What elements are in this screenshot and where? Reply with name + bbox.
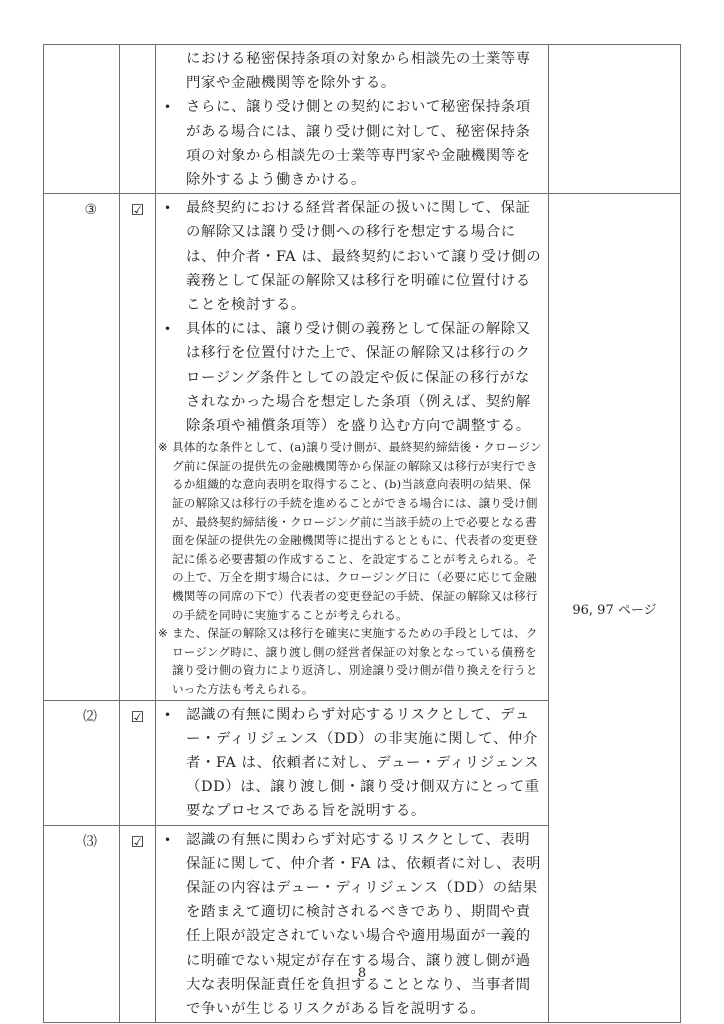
content-cell: • 認識の有無に関わらず対応するリスクとして、デュー・ディリジェンス（DD）の非… xyxy=(156,700,549,825)
content-cell: • 最終契約における経営者保証の扱いに関して、保証の解除又は譲り受け側への移行を… xyxy=(156,194,549,700)
note-mark-icon: ※ xyxy=(158,438,172,624)
checkbox-cell xyxy=(120,45,156,194)
item-number: ⑶ xyxy=(44,825,120,1023)
checkbox-checked-icon[interactable]: ☑ xyxy=(120,825,156,1023)
checkbox-checked-icon[interactable]: ☑ xyxy=(120,194,156,700)
bullet-icon: • xyxy=(164,196,186,317)
page-number: 8 xyxy=(0,966,724,981)
note-item: ※ また、保証の解除又は移行を確実に実施するための手段としては、クロージング時に… xyxy=(158,624,542,698)
checklist-table: における秘密保持条項の対象から相談先の士業等専門家や金融機関等を除外する。 • … xyxy=(43,44,681,1023)
bullet-item: • 認識の有無に関わらず対応するリスクとして、表明保証に関して、仲介者・FA は… xyxy=(164,828,542,1022)
note-item: ※ 具体的な条件として、(a)譲り受け側が、最終契約締結後・クロージング前に保証… xyxy=(158,438,542,624)
bullet-icon: • xyxy=(164,703,186,824)
content-cell: • 認識の有無に関わらず対応するリスクとして、表明保証に関して、仲介者・FA は… xyxy=(156,825,549,1023)
table-row: ③ ☑ • 最終契約における経営者保証の扱いに関して、保証の解除又は譲り受け側へ… xyxy=(44,194,681,700)
reference-pages: 96, 97 ページ xyxy=(549,194,681,1023)
bullet-icon: • xyxy=(164,828,186,1022)
bullet-item: • 最終契約における経営者保証の扱いに関して、保証の解除又は譲り受け側への移行を… xyxy=(164,196,542,317)
bullet-icon: • xyxy=(164,95,186,192)
bullet-item: • さらに、譲り受け側との契約において秘密保持条項がある場合には、譲り受け側に対… xyxy=(164,95,542,192)
item-number: ⑵ xyxy=(44,700,120,825)
item-number: ③ xyxy=(44,194,120,700)
table-row: における秘密保持条項の対象から相談先の士業等専門家や金融機関等を除外する。 • … xyxy=(44,45,681,194)
content-cell: における秘密保持条項の対象から相談先の士業等専門家や金融機関等を除外する。 • … xyxy=(156,45,549,194)
bullet-item: • 認識の有無に関わらず対応するリスクとして、デュー・ディリジェンス（DD）の非… xyxy=(164,703,542,824)
number-cell xyxy=(44,45,120,194)
reference-cell-empty xyxy=(549,45,681,194)
continuation-text: における秘密保持条項の対象から相談先の士業等専門家や金融機関等を除外する。 xyxy=(164,47,542,95)
bullet-icon: • xyxy=(164,317,186,438)
bullet-item: • 具体的には、譲り受け側の義務として保証の解除又は移行を位置付けた上で、保証の… xyxy=(164,317,542,438)
note-mark-icon: ※ xyxy=(158,624,172,698)
checkbox-checked-icon[interactable]: ☑ xyxy=(120,700,156,825)
